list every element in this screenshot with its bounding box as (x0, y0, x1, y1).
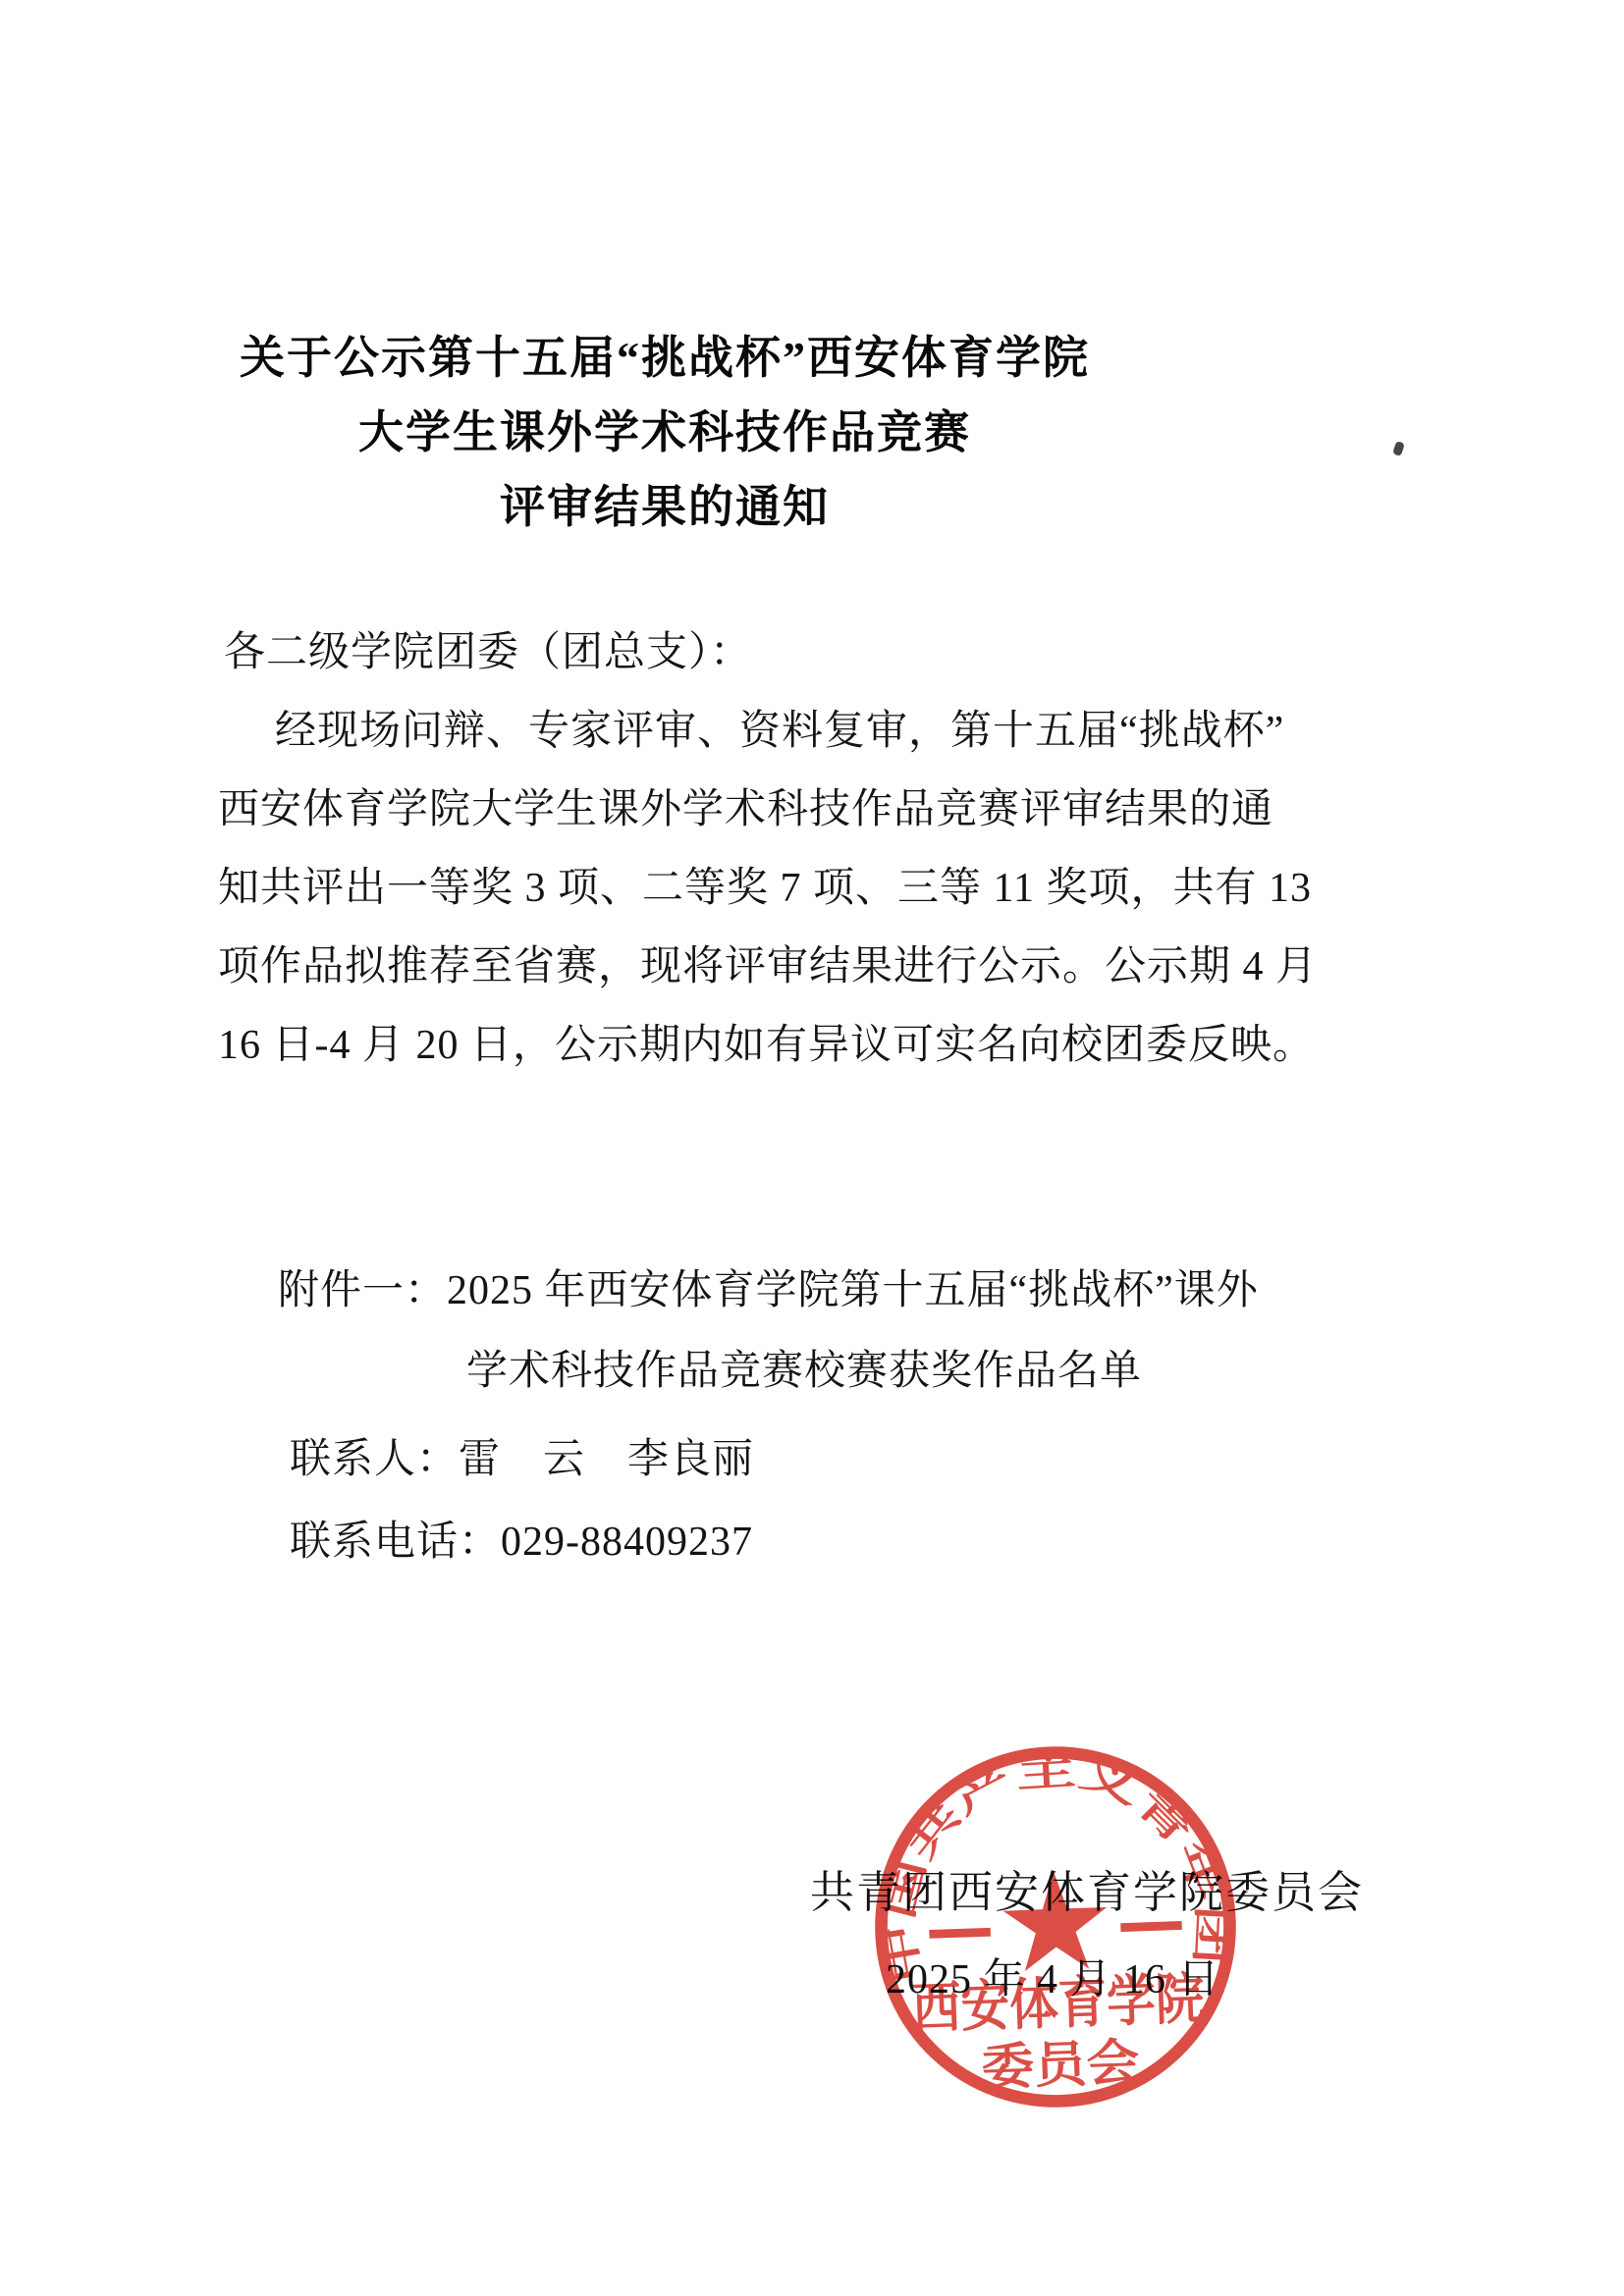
body-line: 16 日-4 月 20 日，公示期内如有异议可实名向校团委反映。 (218, 1006, 1396, 1085)
title-line-3: 评审结果的通知 (0, 470, 1329, 545)
salutation: 各二级学院团委（团总支）： (224, 614, 752, 692)
body-line: 经现场问辩、专家评审、资料复审，第十五届“挑战杯” (218, 692, 1396, 771)
scan-artifact-dot (1392, 441, 1405, 456)
seal-bottom-text: 委员会 (981, 2035, 1141, 2096)
body-line: 项作品拟推荐至省赛，现将评审结果进行公示。公示期 4 月 (218, 928, 1396, 1006)
seal-ring-text: 中国共产主义青年团 (872, 1745, 1234, 1987)
title-line-2: 大学生课外学术科技作品竞赛 (0, 396, 1329, 470)
seal-right-dash (1120, 1925, 1181, 1927)
body-line: 知共评出一等奖 3 项、二等奖 7 项、三等 11 奖项，共有 13 (218, 849, 1396, 928)
official-seal-stamp: 中国共产主义青年团 西安体育学院 委员会 (857, 1729, 1253, 2124)
title-line-1: 关于公示第十五届“挑战杯”西安体育学院 (0, 321, 1329, 396)
seal-org-text: 西安体育学院 (911, 1968, 1206, 2040)
contact-person: 联系人：雷 云 李良丽 (290, 1420, 754, 1499)
contact-phone: 联系电话：029-88409237 (290, 1503, 753, 1581)
document-title: 关于公示第十五届“挑战杯”西安体育学院 大学生课外学术科技作品竞赛 评审结果的通… (0, 321, 1329, 545)
svg-text:中国共产主义青年团: 中国共产主义青年团 (872, 1745, 1234, 1987)
body-line: 西安体育学院大学生课外学术科技作品竞赛评审结果的通 (218, 771, 1396, 849)
attachment-line-1: 附件一：2025 年西安体育学院第十五届“挑战杯”课外 (278, 1252, 1259, 1330)
attachment-line-2: 学术科技作品竞赛校赛获奖作品名单 (466, 1332, 1142, 1411)
document-page: 关于公示第十五届“挑战杯”西安体育学院 大学生课外学术科技作品竞赛 评审结果的通… (0, 0, 1624, 2296)
seal-star-icon (1001, 1870, 1109, 1972)
seal-left-dash (929, 1932, 990, 1934)
body-paragraph: 经现场问辩、专家评审、资料复审，第十五届“挑战杯” 西安体育学院大学生课外学术科… (218, 692, 1396, 1085)
